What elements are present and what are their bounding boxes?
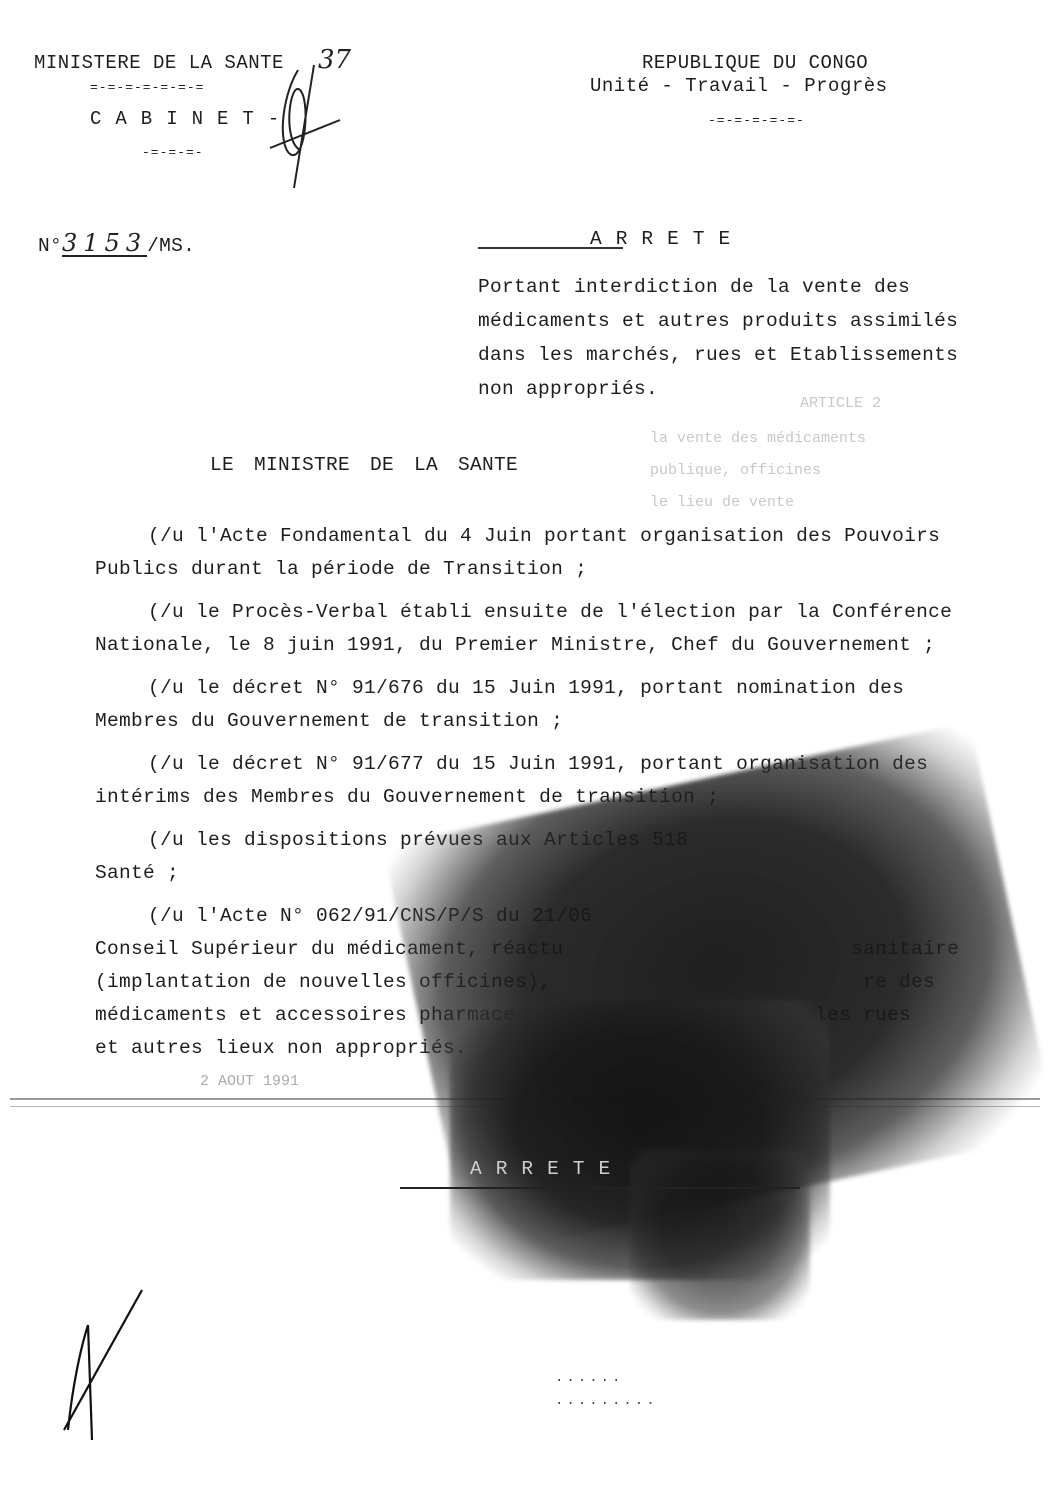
bleed-through-text: le lieu de vente	[650, 494, 794, 511]
subject-line: médicaments et autres produits assimilés	[478, 304, 958, 338]
document-page: MINISTERE DE LA SANTE =-=-=-=-=-=-= CABI…	[0, 0, 1060, 1497]
handwritten-mark-icon	[60, 1290, 150, 1440]
title-underline	[478, 247, 623, 249]
dotted-line: ......	[555, 1370, 623, 1386]
separator-line: -=-=-=-=-=-	[708, 113, 805, 128]
cabinet-label: CABINET-	[90, 108, 293, 130]
subject-line: non appropriés.	[478, 372, 958, 406]
subject-line: dans les marchés, rues et Etablissements	[478, 338, 958, 372]
separator-line: =-=-=-=-=-=-=	[90, 80, 204, 95]
ink-stain	[630, 1150, 810, 1320]
national-motto: Unité - Travail - Progrès	[590, 75, 888, 97]
reference-value: 3153	[62, 229, 147, 257]
decision-underline	[400, 1187, 800, 1189]
reference-number: N°3153/MS.	[38, 229, 195, 257]
consideration-item: (/u le décret N° 91/676 du 15 Juin 1991,…	[95, 672, 959, 738]
reference-prefix: N°	[38, 235, 62, 257]
initials-signature-icon	[270, 60, 360, 190]
bleed-through-text: la vente des médicaments	[650, 430, 866, 447]
stamp-date-fragment: 2 AOUT 1991	[200, 1073, 299, 1090]
bleed-through-text: publique, officines	[650, 462, 821, 479]
bleed-through-text: ARTICLE 2	[800, 395, 881, 412]
consideration-item: (/u l'Acte Fondamental du 4 Juin portant…	[95, 520, 959, 586]
country-name: REPUBLIQUE DU CONGO	[642, 52, 868, 74]
ministry-name: MINISTERE DE LA SANTE	[34, 52, 284, 74]
reference-suffix: /MS.	[147, 235, 195, 257]
consideration-item: (/u le Procès-Verbal établi ensuite de l…	[95, 596, 959, 662]
ruled-line	[10, 1106, 1040, 1107]
issuing-authority: LE MINISTRE DE LA SANTE	[210, 454, 518, 476]
consideration-item: (/u l'Acte N° 062/91/CNS/P/S du 21/06 Co…	[95, 900, 959, 1065]
ruled-line	[10, 1098, 1040, 1100]
separator-line: -=-=-=-	[142, 145, 204, 160]
consideration-item: (/u les dispositions prévues aux Article…	[95, 824, 959, 890]
consideration-item: (/u le décret N° 91/677 du 15 Juin 1991,…	[95, 748, 959, 814]
title-subject: Portant interdiction de la vente des méd…	[478, 270, 958, 406]
dotted-line: .........	[555, 1393, 658, 1409]
considerations-list: (/u l'Acte Fondamental du 4 Juin portant…	[95, 520, 959, 1065]
subject-line: Portant interdiction de la vente des	[478, 270, 958, 304]
decision-heading: ARRETE	[470, 1158, 624, 1180]
